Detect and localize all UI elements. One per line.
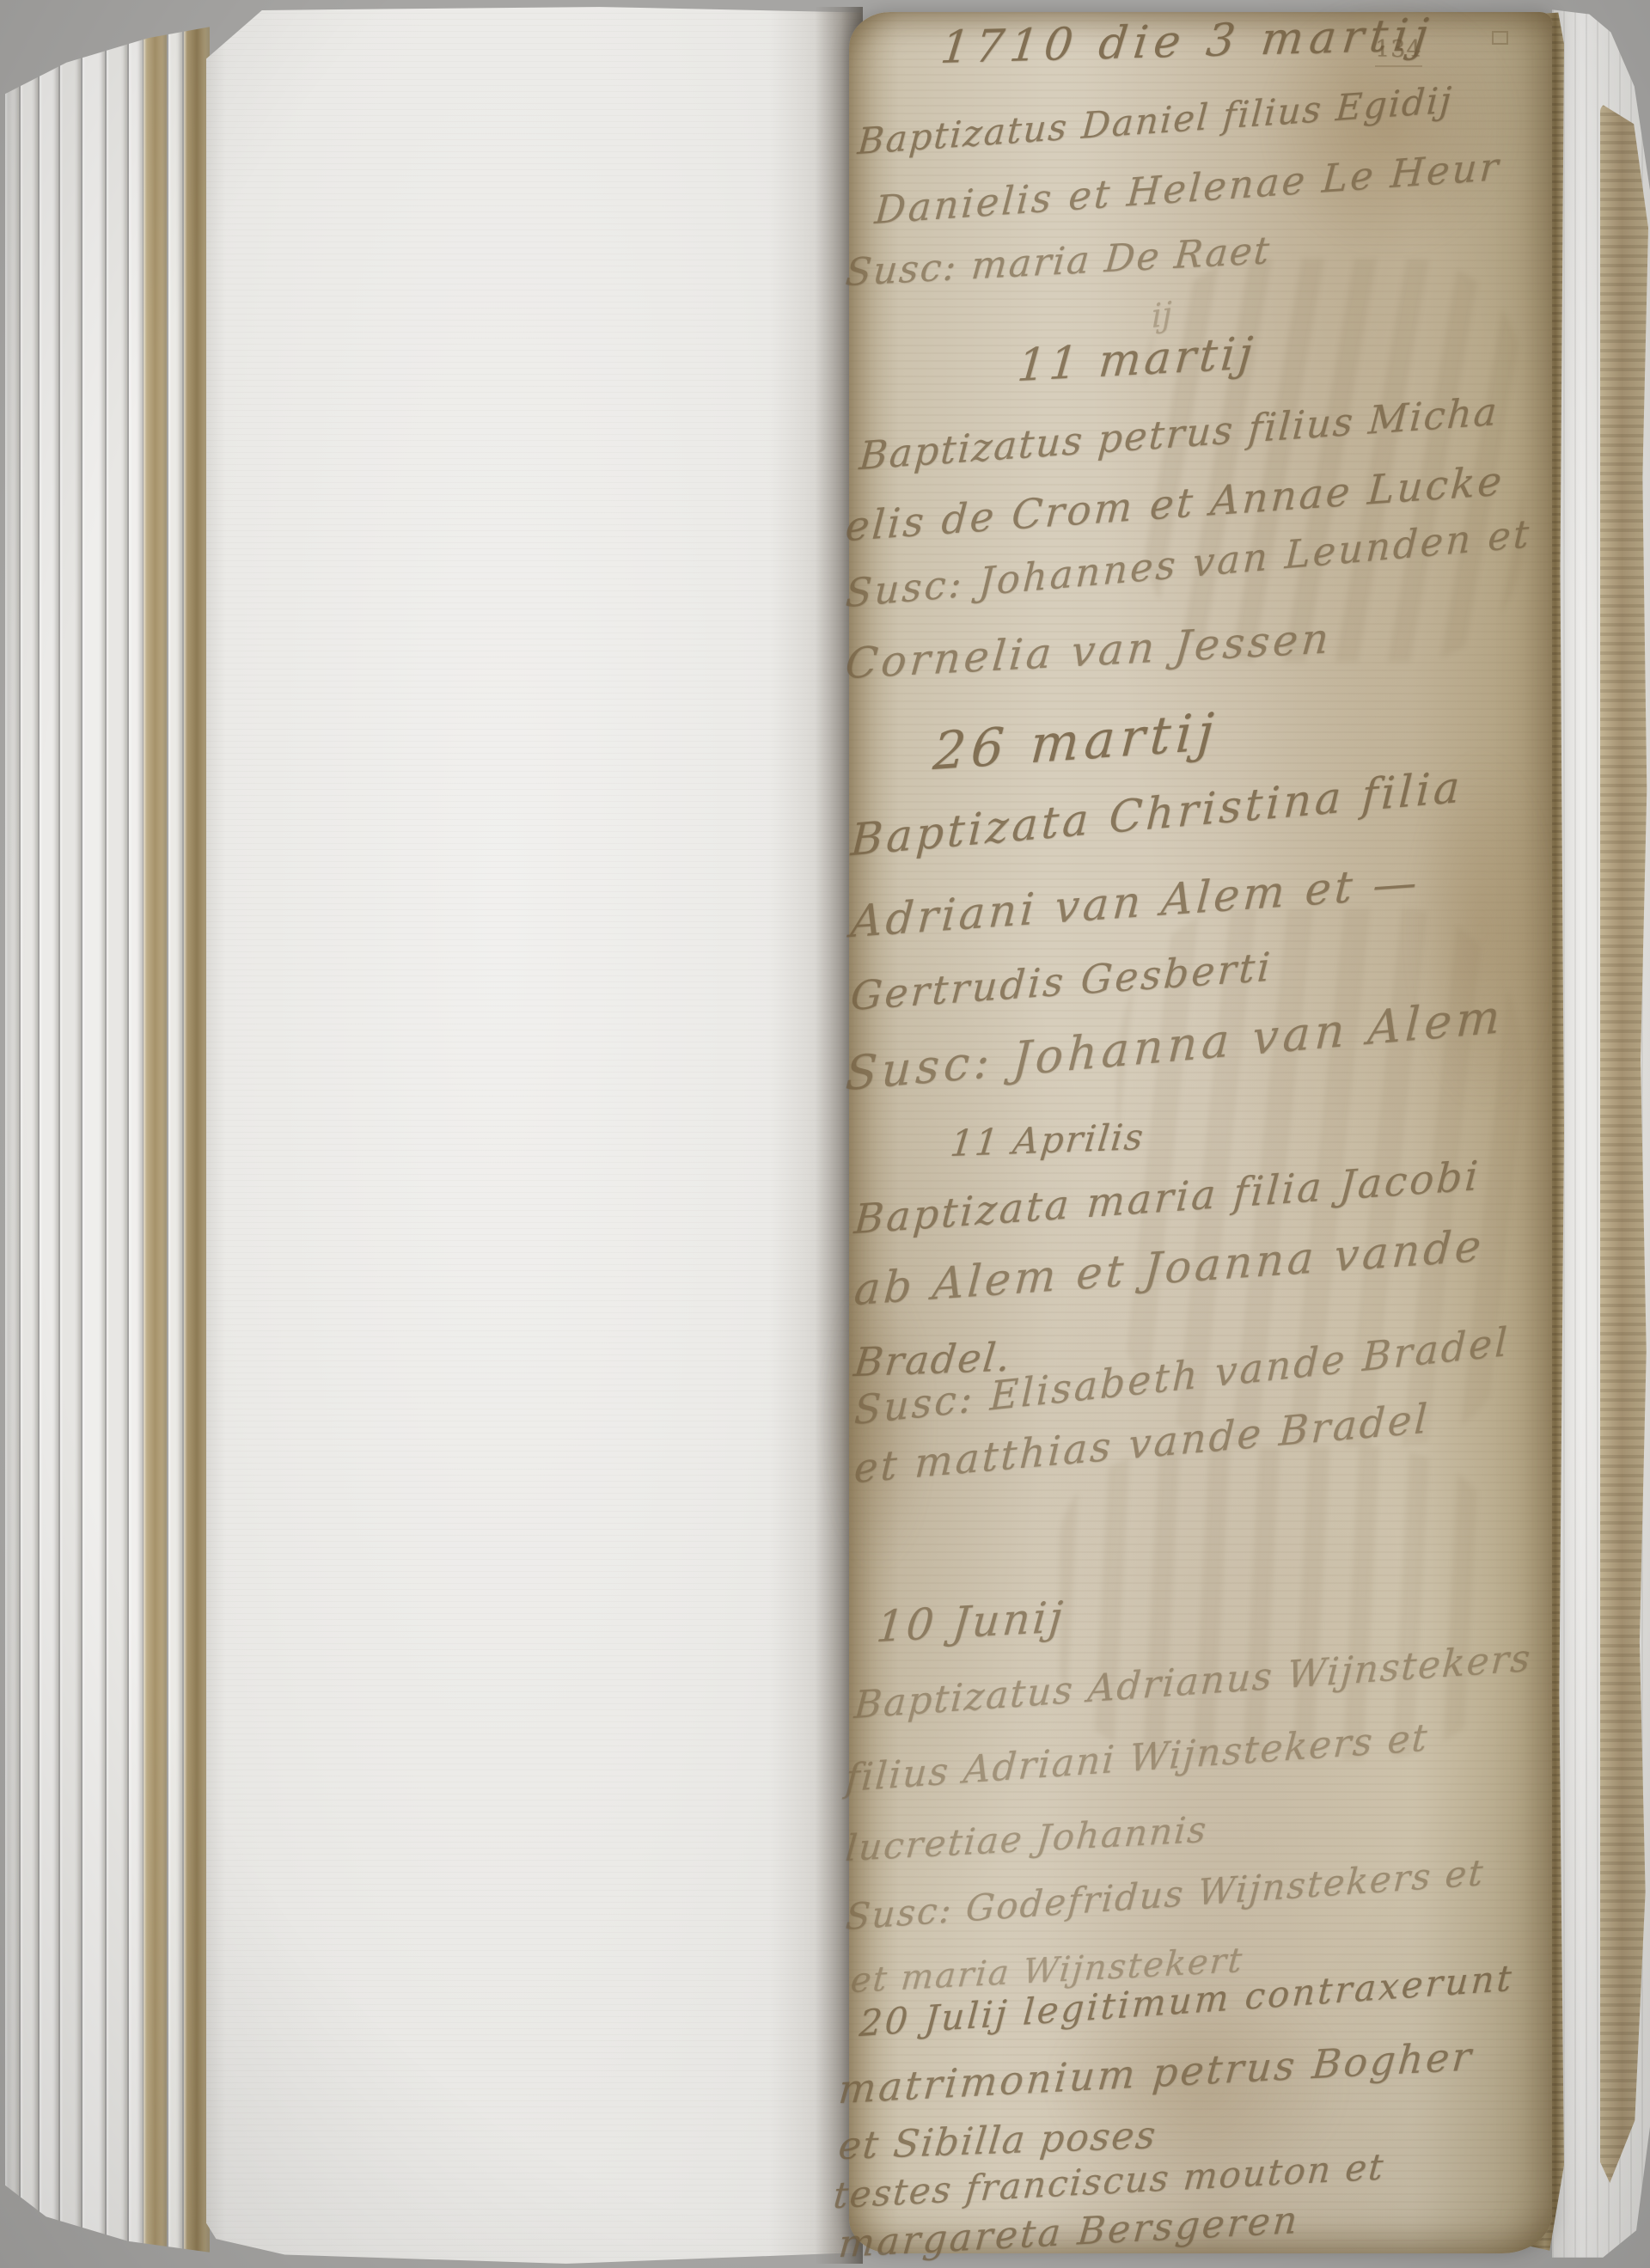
handwriting-layer: 1710 die 3 martij 134 Baptizatus Daniel … [849, 12, 1562, 2257]
page-edge [82, 22, 105, 2257]
page-edge [60, 22, 81, 2257]
page-edge [40, 22, 58, 2257]
entry-line: Adriani van Alem et — [849, 857, 1422, 948]
right-parchment-edge-outer [1600, 103, 1648, 2183]
entry-line: Susc: maria De Raet [844, 229, 1273, 295]
entry-line: Baptizatus Adrianus Wijnstekers [852, 1636, 1533, 1727]
page-edge [107, 22, 127, 2257]
page-edge [168, 22, 182, 2257]
year-date-header: 1710 die 3 martij [938, 9, 1437, 74]
left-page-edges [5, 22, 210, 2257]
page-edge [129, 22, 143, 2257]
date-heading: 11 Aprilis [948, 1116, 1146, 1165]
entry-line: Gertrudis Gesberti [849, 943, 1274, 1019]
flourish-mark: ij [1152, 294, 1172, 335]
entry-line: filius Adriani Wijnstekers et [844, 1715, 1430, 1800]
date-heading: 11 martij [1015, 327, 1257, 392]
page-number: 134 [1375, 36, 1422, 67]
date-heading: 10 Junij [874, 1592, 1066, 1652]
entry-line: Cornelia van Jessen [843, 614, 1334, 688]
page-edge-parchment [184, 22, 210, 2257]
entry-line: Baptizatus Daniel filius Egidij [856, 78, 1454, 162]
entry-line: matrimonium petrus Bogher [837, 2033, 1476, 2112]
date-heading: 26 martij [932, 702, 1221, 783]
blank-left-page [206, 7, 861, 2264]
book-photograph: 1710 die 3 martij 134 Baptizatus Daniel … [0, 0, 1650, 2268]
page-edge-parchment [144, 22, 167, 2257]
page-edge [5, 22, 19, 2257]
page-edge [21, 22, 38, 2257]
entry-line: Danielis et Helenae Le Heur [873, 144, 1502, 233]
entry-line: lucretiae Johannis [844, 1808, 1210, 1869]
